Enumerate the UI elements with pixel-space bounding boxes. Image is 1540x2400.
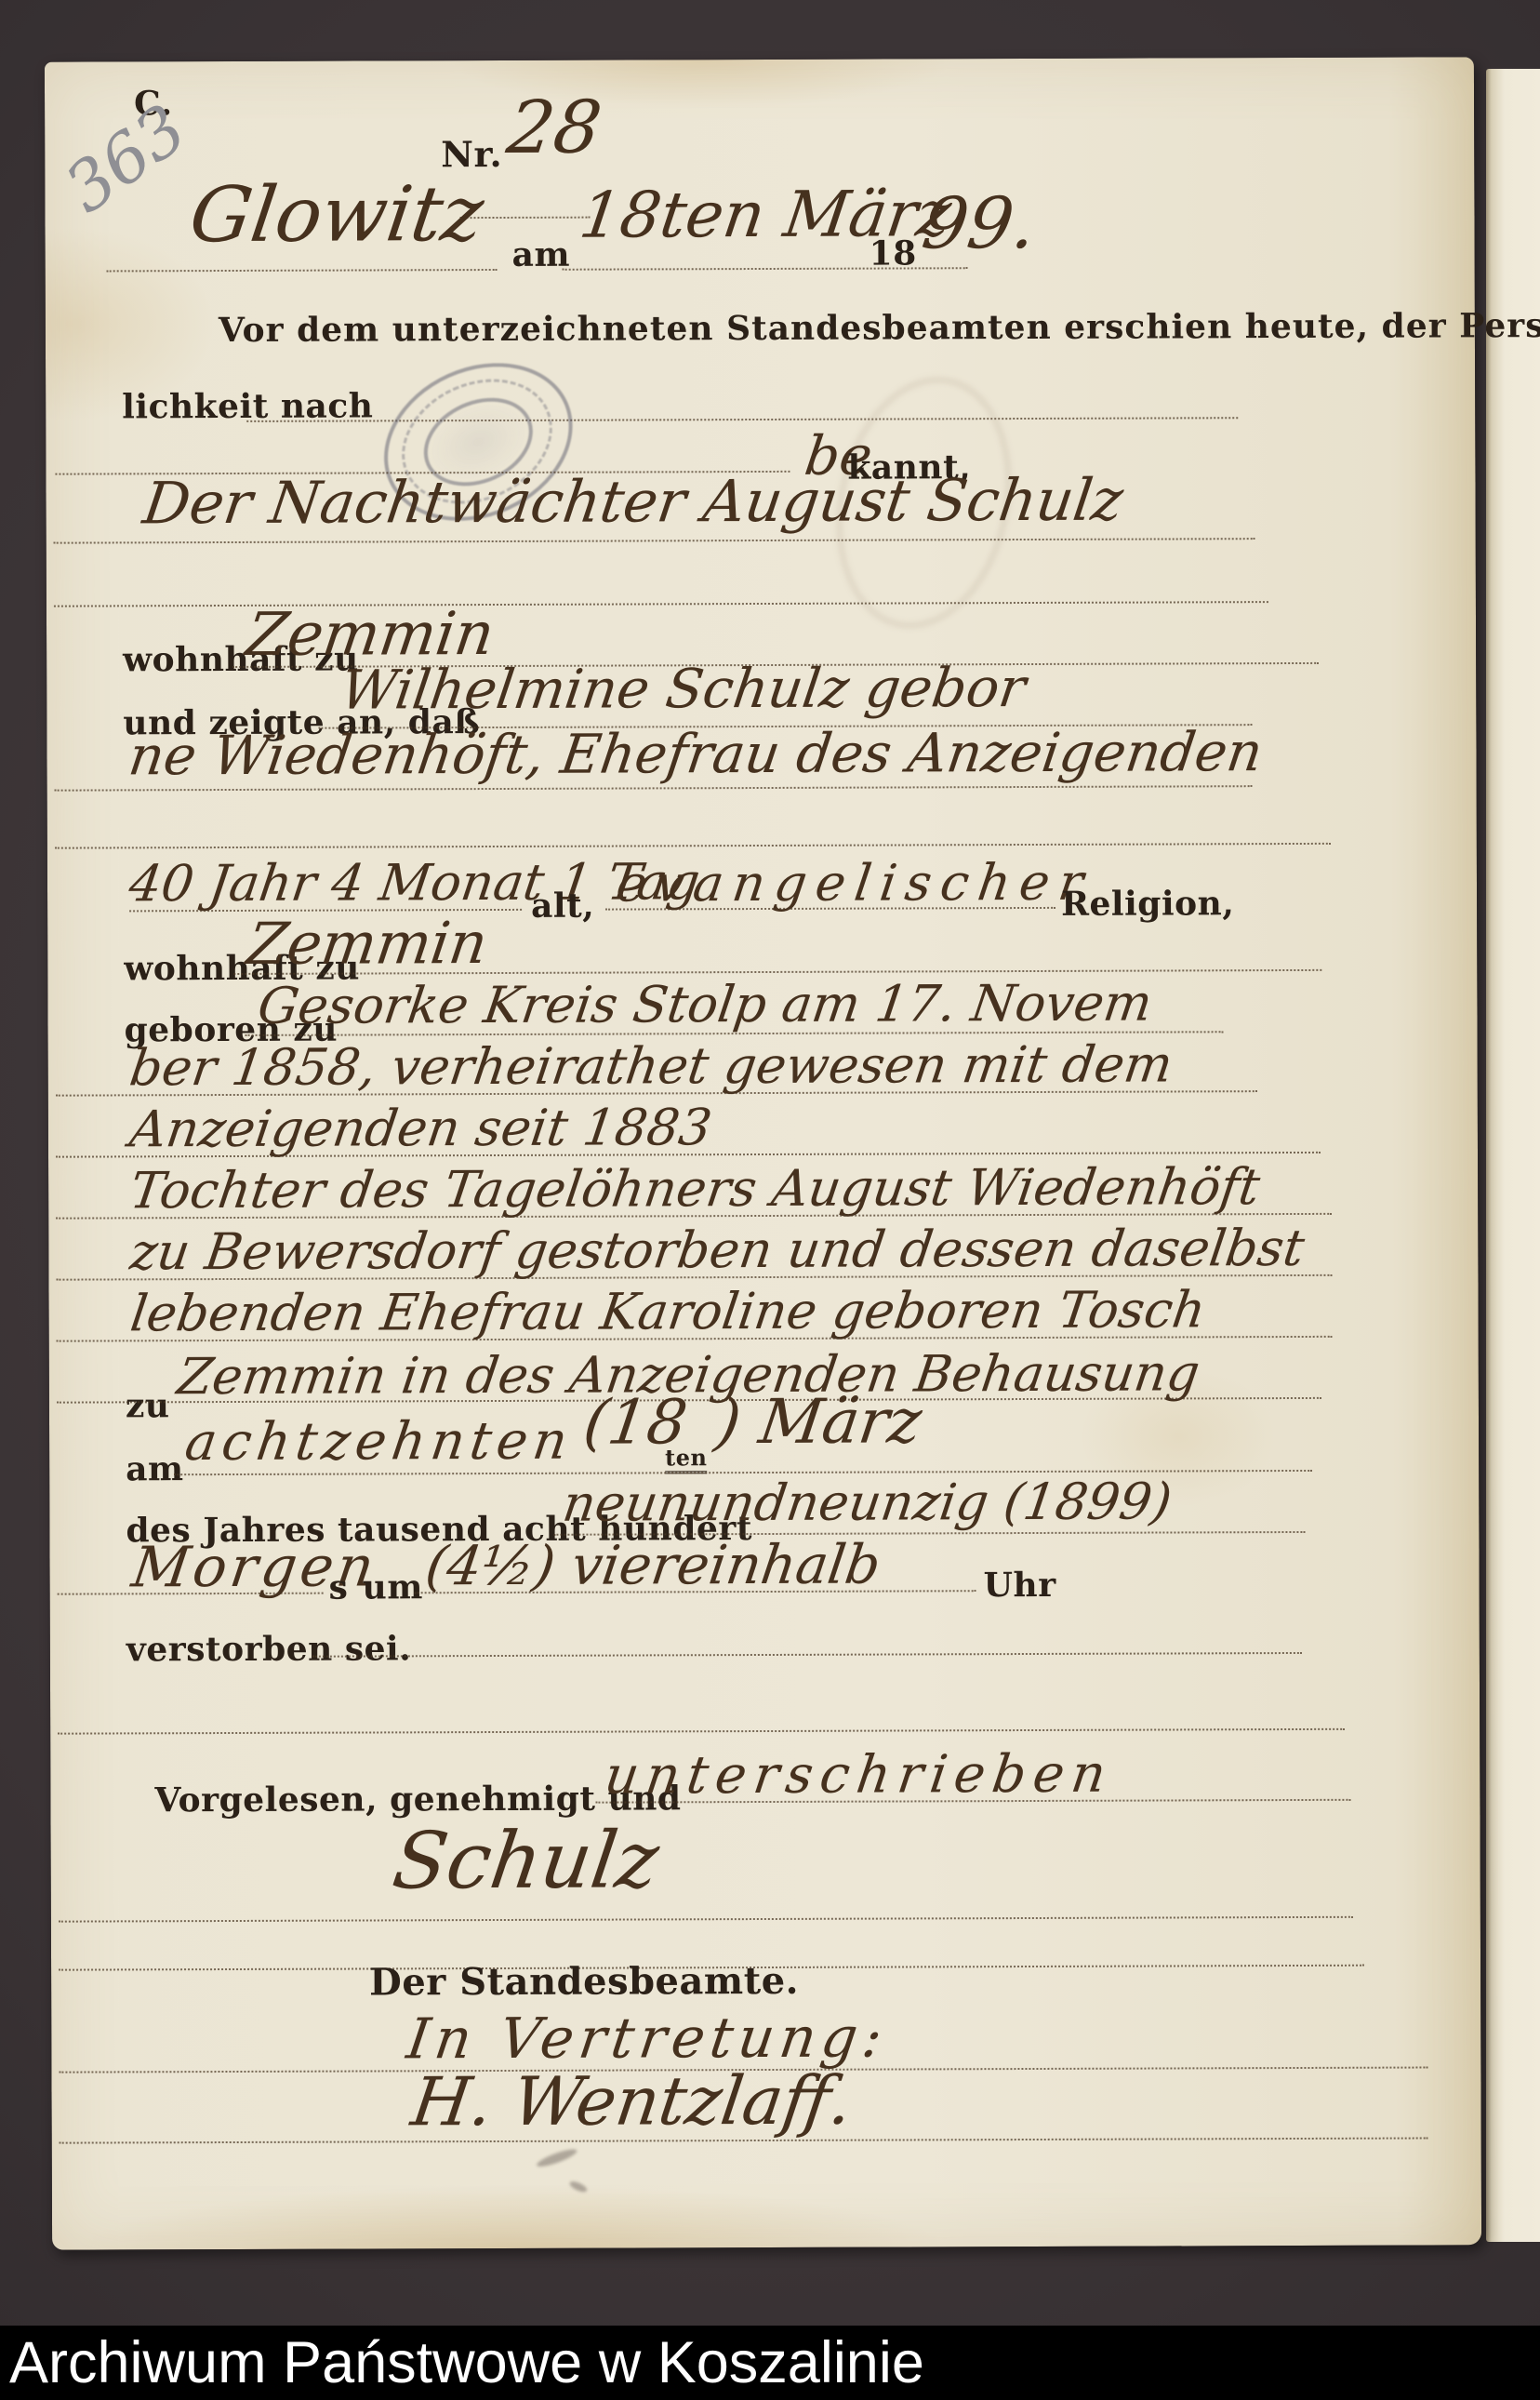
entry-declarant: Der Nachtwächter August Schulz (139, 466, 1127, 538)
archive-caption-bar: Archiwum Państwowe w Koszalinie (0, 2326, 1540, 2400)
ruled-line (59, 1916, 1353, 1923)
ruled-line (107, 269, 498, 272)
verstorben-label: verstorben sei. (126, 1629, 411, 1669)
entry-death-day: achtzehnten (181, 1411, 577, 1473)
ruled-line (54, 601, 1268, 607)
entry-birth-1: Gesorke Kreis Stolp am 17. Novem (255, 974, 1156, 1035)
entry-deceased-2: ne Wiedenhöft, Ehefrau des Anzeigenden (126, 720, 1267, 787)
nr-label: Nr. (441, 133, 502, 175)
entry-birth-2: ber 1858, verheirathet gewesen mit dem (126, 1034, 1176, 1097)
am-label-2: am (126, 1449, 184, 1488)
ruled-line (54, 538, 1255, 544)
scanned-register-photo: C. 363 Nr. 28 Glowitz am 18ten März 18 9… (0, 0, 1540, 2400)
nr-value: 28 (502, 87, 606, 170)
entry-time-value: (4½) viereinhalb (422, 1533, 884, 1598)
zu-label: zu (126, 1386, 170, 1425)
ruled-line (55, 843, 1331, 849)
ink-smudge (568, 2180, 589, 2194)
ink-smudge (535, 2146, 578, 2169)
um-label: um (363, 1567, 423, 1607)
entry-death-year: neunundneunzig (1899) (559, 1472, 1175, 1532)
register-page: C. 363 Nr. 28 Glowitz am 18ten März 18 9… (45, 57, 1481, 2249)
entry-parents-2: zu Bewersdorf gestorben und dessen dasel… (126, 1219, 1308, 1281)
ruled-line (58, 1728, 1345, 1735)
pencil-folio-number: 363 (51, 89, 201, 228)
signature-registrar: H. Wentzlaff. (407, 2061, 857, 2141)
entry-residence-2: Zemmin (243, 909, 491, 978)
signature-declarant: Schulz (388, 1814, 664, 1906)
entry-deceased-1: Wilhelmine Schulz gebor (337, 656, 1029, 722)
entry-unterschrieben: unterschrieben (601, 1744, 1116, 1807)
entry-place: Glowitz (185, 170, 489, 260)
registrar-label: Der Standesbeamte. (369, 1959, 799, 2005)
entry-year: 99. (918, 181, 1042, 264)
uhr-label: Uhr (984, 1566, 1056, 1605)
next-page-edge (1486, 69, 1540, 2242)
entry-religion: evangelischer (613, 853, 1096, 913)
intro-line-1: Vor dem unterzeichneten Standesbeamten e… (219, 306, 1540, 350)
religion-label: Religion, (1061, 884, 1234, 924)
entry-death-day-rest: ) März (711, 1385, 926, 1458)
entry-parents-3: lebenden Ehefrau Karoline geboren Tosch (127, 1280, 1209, 1342)
entry-parents-1: Tochter des Tagelöhners August Wiedenhöf… (126, 1157, 1263, 1220)
death-day-ordinal-suffix: ten (665, 1444, 707, 1473)
archive-caption: Archiwum Państwowe w Koszalinie (9, 2329, 924, 2396)
ruled-line (312, 1652, 1302, 1658)
entry-birth-3: Anzeigenden seit 1883 (126, 1098, 715, 1158)
time-s-printed: s (329, 1568, 349, 1607)
alt-label: alt, (531, 887, 594, 926)
